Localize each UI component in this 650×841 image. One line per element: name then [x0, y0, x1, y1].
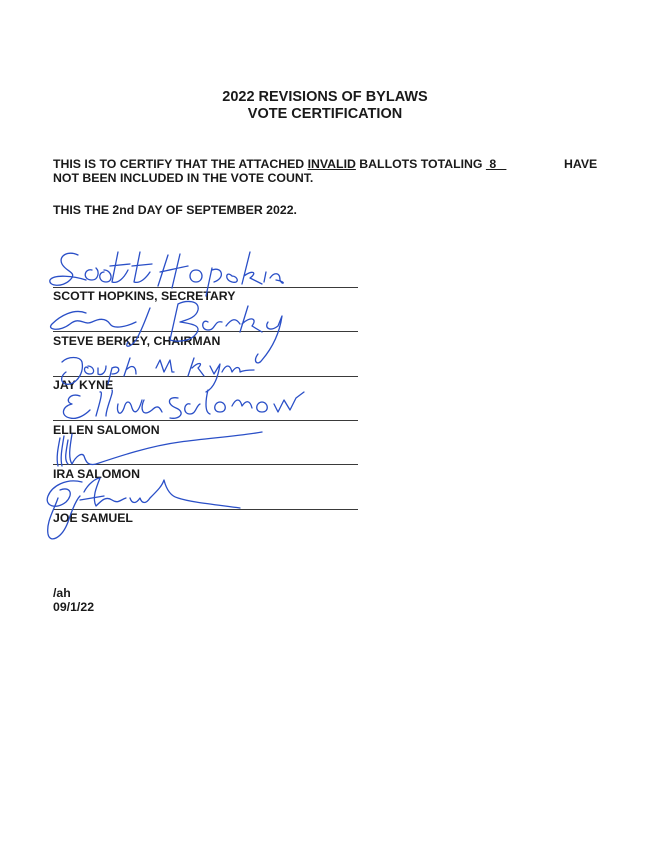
- signature-steve-berkey: [51, 302, 282, 363]
- invalid-word: INVALID: [308, 157, 356, 171]
- certification-statement: THIS IS TO CERTIFY THAT THE ATTACHED INV…: [53, 157, 506, 171]
- footer-date: 09/1/22: [53, 600, 94, 614]
- signature-line: [53, 464, 358, 465]
- certify-middle: BALLOTS TOTALING: [356, 157, 486, 171]
- signature-ira-salomon: [57, 432, 262, 466]
- certify-have: HAVE: [564, 157, 597, 171]
- date-statement: THIS THE 2nd DAY OF SEPTEMBER 2022.: [53, 203, 297, 217]
- signature-line: [53, 331, 358, 332]
- document-title: 2022 REVISIONS OF BYLAWS: [0, 88, 650, 106]
- certify-prefix: THIS IS TO CERTIFY THAT THE ATTACHED: [53, 157, 308, 171]
- signatory-label: SCOTT HOPKINS, SECRETARY: [53, 289, 235, 303]
- signature-line: [53, 509, 358, 510]
- signatory-label: ELLEN SALOMON: [53, 423, 160, 437]
- signature-ellen-salomon: [63, 390, 304, 418]
- document-subtitle: VOTE CERTIFICATION: [0, 105, 650, 123]
- signatory-label: STEVE BERKEY, CHAIRMAN: [53, 334, 220, 348]
- footer-initials: /ah: [53, 586, 71, 600]
- signatory-label: JAY KYNE: [53, 378, 113, 392]
- signature-line: [53, 376, 358, 377]
- certification-statement-line2: NOT BEEN INCLUDED IN THE VOTE COUNT.: [53, 171, 313, 185]
- signatory-label: IRA SALOMON: [53, 467, 140, 481]
- ballot-count: 8: [486, 157, 507, 171]
- signatory-label: JOE SAMUEL: [53, 511, 133, 525]
- signature-line: [53, 420, 358, 421]
- signature-line: [53, 287, 358, 288]
